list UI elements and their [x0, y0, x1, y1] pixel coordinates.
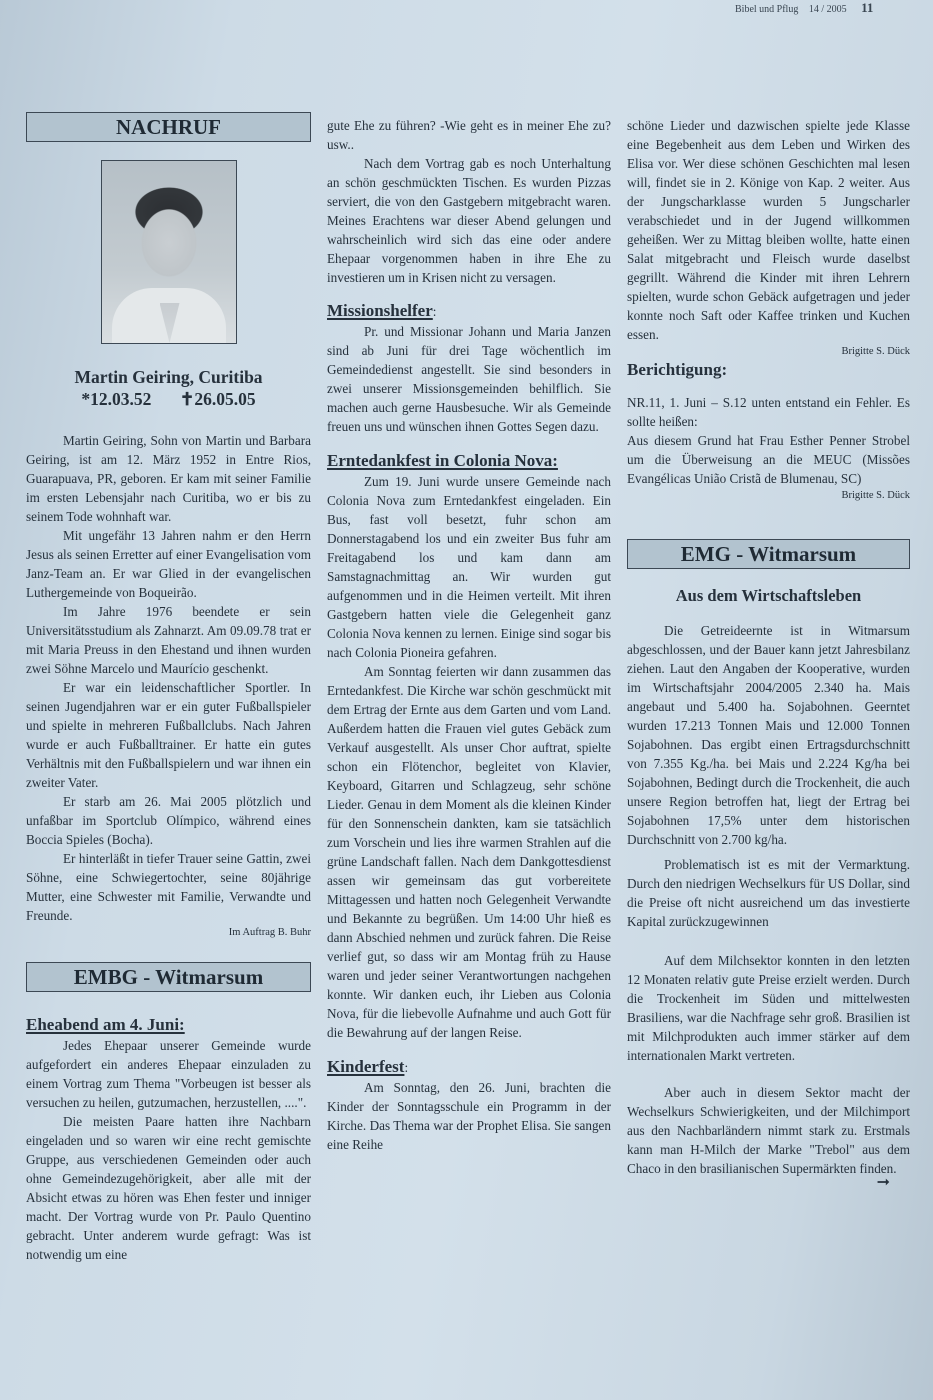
erntedankfest-paragraph: Am Sonntag feierten wir dann zusammen da… — [327, 662, 611, 1042]
column-3: schöne Lieder und dazwischen spielte jed… — [627, 116, 910, 1188]
emg-heading: EMG - Witmarsum — [627, 539, 910, 569]
obituary-paragraph: Er hinterläßt in tiefer Trauer seine Gat… — [26, 849, 311, 925]
continue-arrow-icon: ➞ — [627, 1178, 910, 1188]
erntedankfest-title: Erntedankfest in Colonia Nova: — [327, 450, 611, 472]
wirtschaft-paragraph: Problematisch ist es mit der Vermarktung… — [627, 855, 910, 931]
kinderfest-continuation: schöne Lieder und dazwischen spielte jed… — [627, 116, 910, 344]
obituary-paragraph: Mit ungefähr 13 Jahren nahm er den Herrn… — [26, 526, 311, 602]
wirtschaft-paragraph: Aber auch in diesem Sektor macht der Wec… — [627, 1083, 910, 1178]
berichtigung-title: Berichtigung: — [627, 359, 910, 381]
running-head: Bibel und Pflug 14 / 2005 11 — [735, 0, 873, 16]
birth-date: *12.03.52 — [81, 389, 151, 409]
column-1: NACHRUF Martin Geiring, Curitiba *12.03.… — [26, 112, 311, 1264]
obituary-name: Martin Geiring, Curitiba — [26, 366, 311, 388]
embg-heading: EMBG - Witmarsum — [26, 962, 311, 992]
missionshelfer-title: Missionshelfer — [327, 301, 433, 320]
nachruf-heading: NACHRUF — [26, 112, 311, 142]
missionshelfer-heading: Missionshelfer: — [327, 300, 611, 322]
obituary-signature: Im Auftrag B. Buhr — [26, 925, 311, 940]
kinderfest-paragraph: Am Sonntag, den 26. Juni, brachten die K… — [327, 1078, 611, 1154]
wirtschaft-paragraph: Die Getreideernte ist in Witmarsum abges… — [627, 621, 910, 849]
berichtigung-line: Aus diesem Grund hat Frau Esther Penner … — [627, 431, 910, 488]
obituary-paragraph: Martin Geiring, Sohn von Martin und Barb… — [26, 431, 311, 526]
issue-number: 14 / 2005 — [809, 4, 847, 15]
death-date: ✝26.05.05 — [180, 389, 256, 409]
missionshelfer-paragraph: Pr. und Missionar Johann und Maria Janze… — [327, 322, 611, 436]
wirtschaft-paragraph: Auf dem Milchsektor konnten in den letzt… — [627, 951, 910, 1065]
title-colon: : — [404, 1060, 408, 1075]
publication-name: Bibel und Pflug — [735, 4, 798, 15]
title-colon: : — [433, 304, 437, 319]
berichtigung-signature: Brigitte S. Dück — [627, 488, 910, 503]
page-number: 11 — [861, 0, 873, 15]
kinderfest-heading: Kinderfest: — [327, 1056, 611, 1078]
wirtschaftsleben-title: Aus dem Wirtschaftsleben — [627, 585, 910, 607]
eheabend-title: Eheabend am 4. Juni: — [26, 1014, 311, 1036]
obituary-paragraph: Er starb am 26. Mai 2005 plötzlich und u… — [26, 792, 311, 849]
obituary-dates: *12.03.52 ✝26.05.05 — [26, 388, 311, 410]
eheabend-paragraph: Die meisten Paare hatten ihre Nachbarn e… — [26, 1112, 311, 1264]
portrait-photo — [101, 160, 237, 344]
erntedankfest-paragraph: Zum 19. Juni wurde unsere Gemeinde nach … — [327, 472, 611, 662]
obituary-paragraph: Er war ein leidenschaftlicher Sportler. … — [26, 678, 311, 792]
obituary-paragraph: Im Jahre 1976 beendete er sein Universit… — [26, 602, 311, 678]
eheabend-continuation: gute Ehe zu führen? -Wie geht es in mein… — [327, 116, 611, 154]
eheabend-paragraph: Jedes Ehepaar unserer Gemeinde wurde auf… — [26, 1036, 311, 1112]
column-2: gute Ehe zu führen? -Wie geht es in mein… — [327, 116, 611, 1154]
kinderfest-signature: Brigitte S. Dück — [627, 344, 910, 359]
kinderfest-title: Kinderfest — [327, 1057, 404, 1076]
berichtigung-line: NR.11, 1. Juni – S.12 unten entstand ein… — [627, 393, 910, 431]
eheabend-continuation: Nach dem Vortrag gab es noch Unterhaltun… — [327, 154, 611, 287]
